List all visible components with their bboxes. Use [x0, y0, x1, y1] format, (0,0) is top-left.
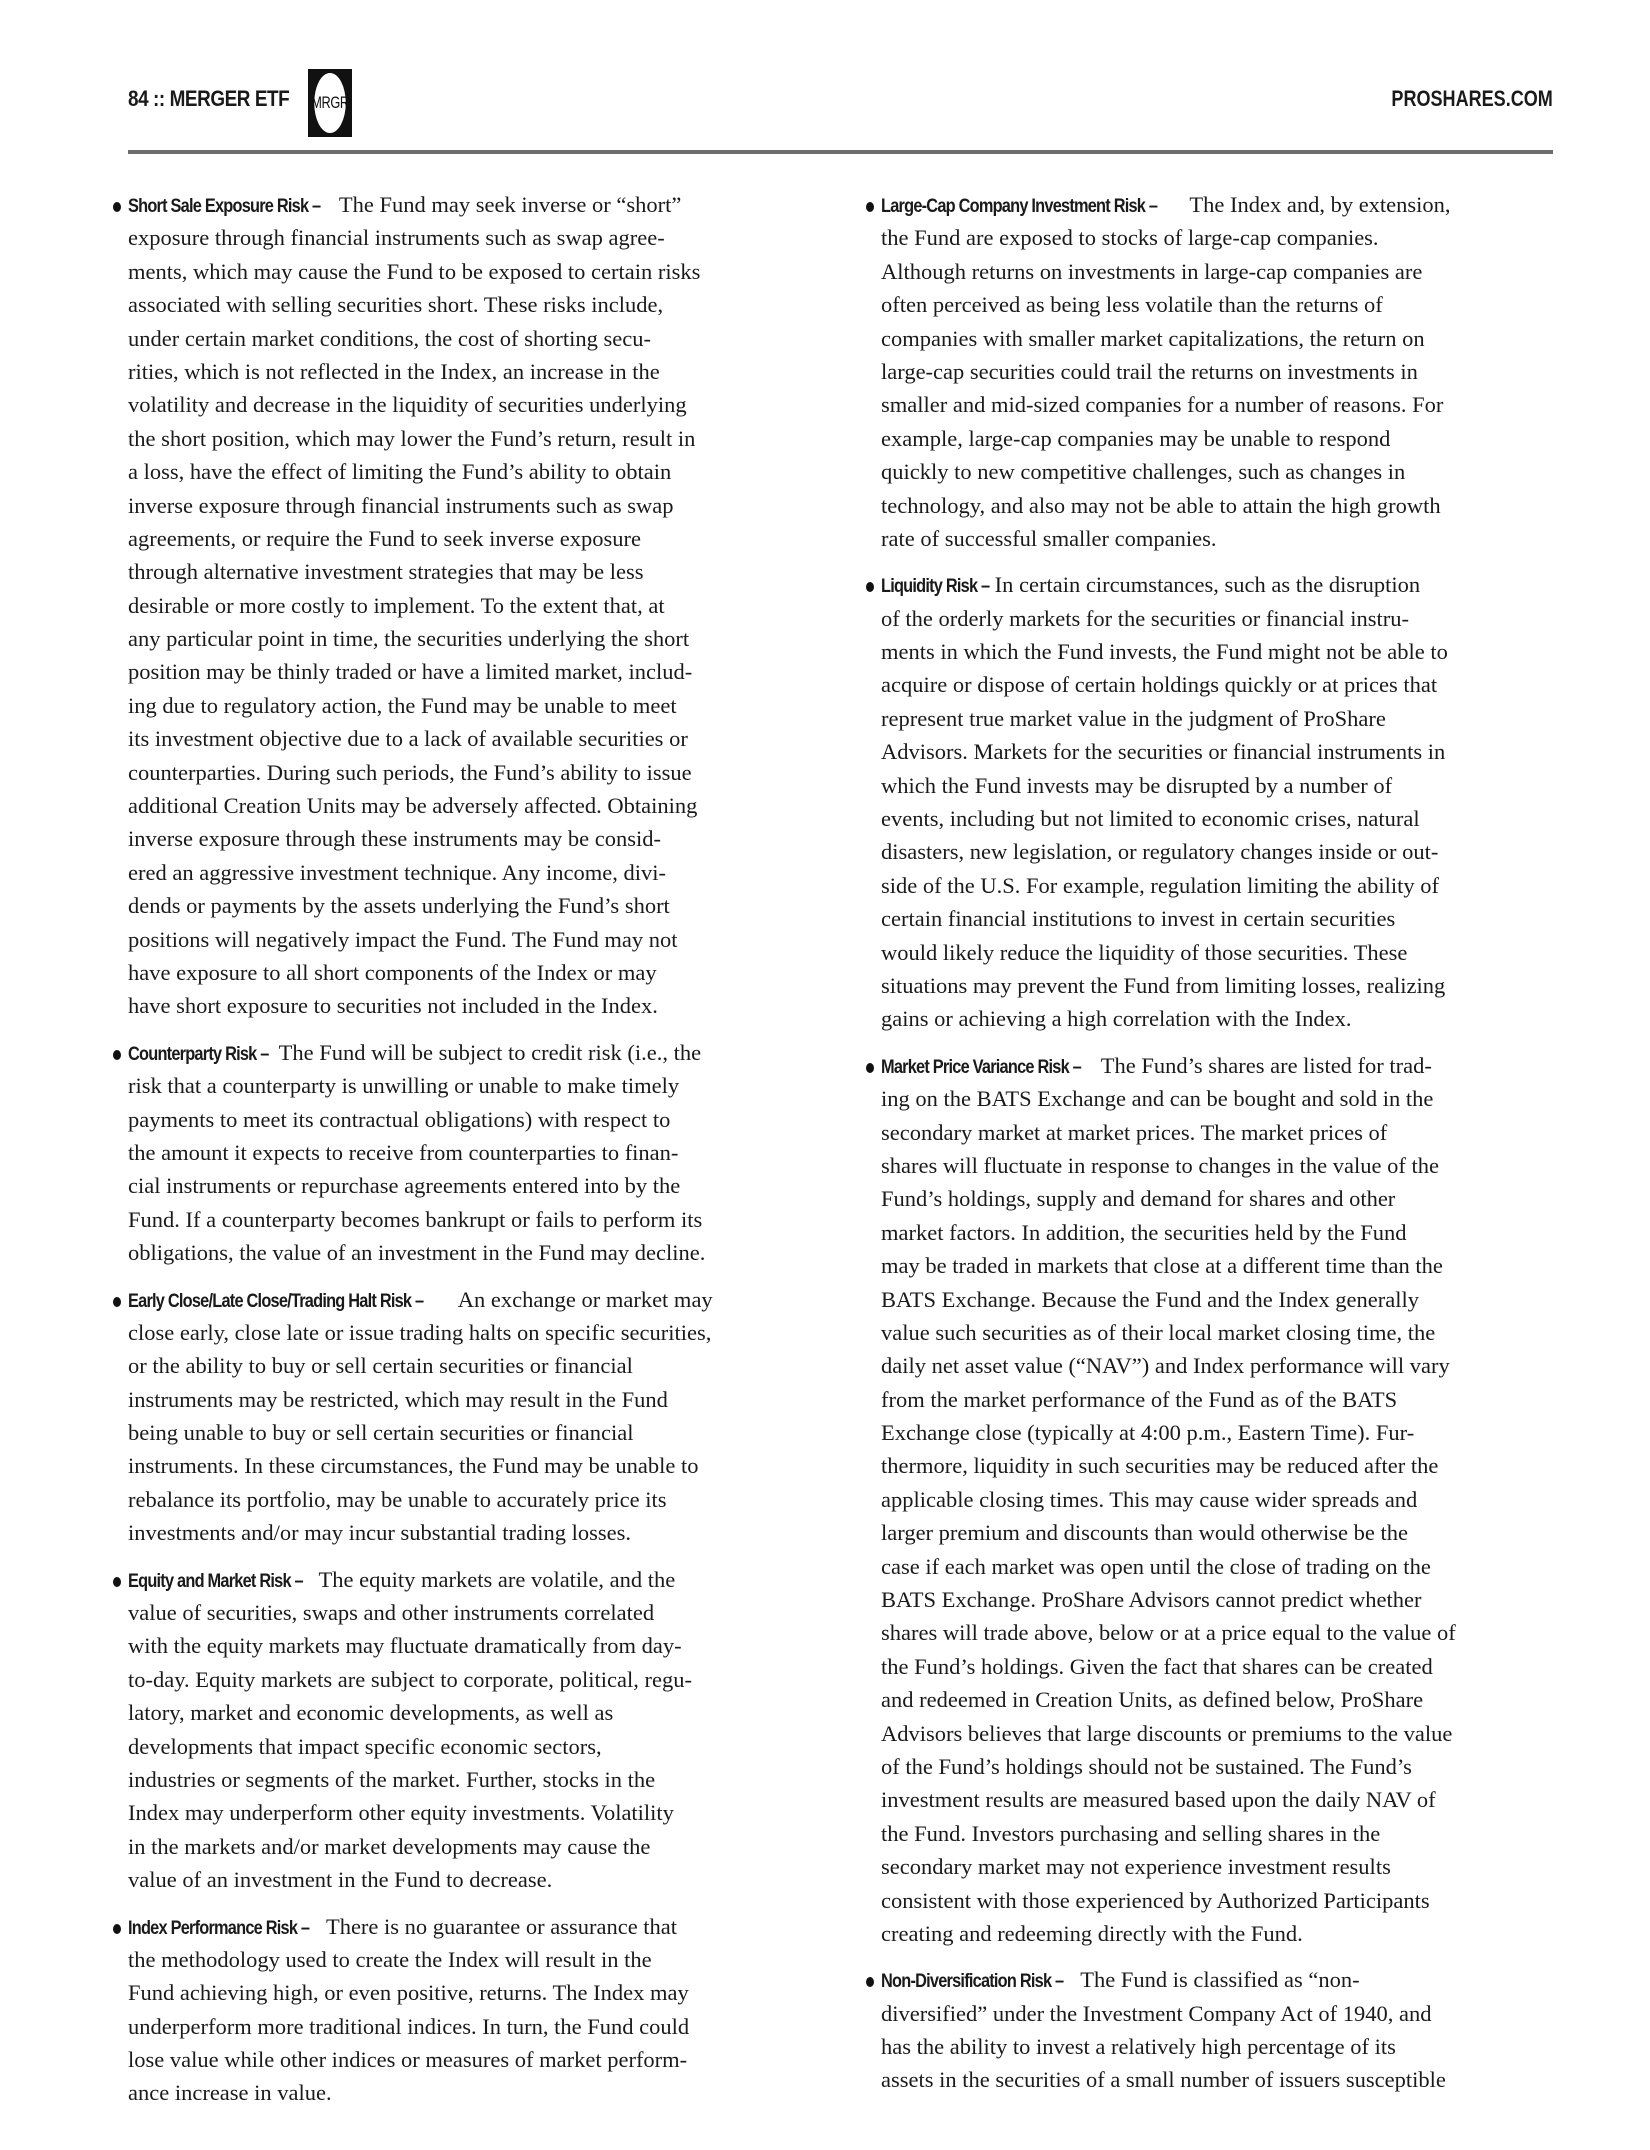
page-number-label: 84 :: MERGER ETF — [128, 86, 289, 112]
risk-text: the methodology used to create the Index… — [128, 1947, 652, 1972]
text-line: risk that a counterparty is unwilling or… — [128, 1069, 800, 1102]
text-line: has the ability to invest a relatively h… — [881, 2030, 1553, 2063]
left-column: Short Sale Exposure Risk – The Fund may … — [128, 188, 800, 2123]
text-line: large-cap securities could trail the ret… — [881, 355, 1553, 388]
text-line: larger premium and discounts than would … — [881, 1516, 1553, 1549]
text-line: smaller and mid-sized companies for a nu… — [881, 388, 1553, 421]
text-line: thermore, liquidity in such securities m… — [881, 1449, 1553, 1482]
site-link[interactable]: PROSHARES.COM — [1392, 86, 1553, 112]
risk-text: inverse exposure through these instrumen… — [128, 826, 661, 851]
text-line: represent true market value in the judgm… — [881, 702, 1553, 735]
text-line: the amount it expects to receive from co… — [128, 1136, 800, 1169]
text-line: inverse exposure through these instrumen… — [128, 822, 800, 855]
text-line: Early Close/Late Close/Trading Halt Risk… — [128, 1283, 800, 1316]
risk-text: a loss, have the effect of limiting the … — [128, 459, 671, 484]
risk-text: additional Creation Units may be adverse… — [128, 793, 697, 818]
risk-text: the Fund. Investors purchasing and selli… — [881, 1821, 1380, 1846]
text-line: Short Sale Exposure Risk – The Fund may … — [128, 188, 800, 221]
risk-text: instruments. In these circumstances, the… — [128, 1453, 699, 1478]
risk-text: would likely reduce the liquidity of tho… — [881, 940, 1407, 965]
bullet-icon — [113, 1924, 121, 1934]
text-line: value of securities, swaps and other ins… — [128, 1596, 800, 1629]
text-line: agreements, or require the Fund to seek … — [128, 522, 800, 555]
risk-text: companies with smaller market capitaliza… — [881, 326, 1425, 351]
risk-item-counterparty-risk: Counterparty Risk – The Fund will be sub… — [128, 1036, 800, 1270]
risk-text: its investment objective due to a lack o… — [128, 726, 688, 751]
risk-text: The Fund will be subject to credit risk … — [279, 1040, 701, 1065]
risk-text: consistent with those experienced by Aut… — [881, 1888, 1430, 1913]
text-line: have short exposure to securities not in… — [128, 989, 800, 1022]
risk-text: The Fund is classified as “non- — [1080, 1967, 1359, 1992]
risk-item-non-diversification-risk: Non-Diversification Risk – The Fund is c… — [881, 1963, 1553, 2097]
risk-text: of the Fund’s holdings should not be sus… — [881, 1754, 1412, 1779]
text-line: ing on the BATS Exchange and can be boug… — [881, 1082, 1553, 1115]
text-line: Fund achieving high, or even positive, r… — [128, 1976, 800, 2009]
text-line: Advisors. Markets for the securities or … — [881, 735, 1553, 768]
risk-text: obligations, the value of an investment … — [128, 1240, 705, 1265]
risk-text: The Index and, by extension, — [1189, 192, 1450, 217]
text-line: positions will negatively impact the Fun… — [128, 923, 800, 956]
text-line: desirable or more costly to implement. T… — [128, 589, 800, 622]
risk-text: larger premium and discounts than would … — [881, 1520, 1408, 1545]
text-line: certain financial institutions to invest… — [881, 902, 1553, 935]
risk-text: Although returns on investments in large… — [881, 259, 1422, 284]
text-line: under certain market conditions, the cos… — [128, 322, 800, 355]
text-line: position may be thinly traded or have a … — [128, 655, 800, 688]
risk-text: Exchange close (typically at 4:00 p.m., … — [881, 1420, 1414, 1445]
text-line: investment results are measured based up… — [881, 1783, 1553, 1816]
text-line: payments to meet its contractual obligat… — [128, 1103, 800, 1136]
risk-text: which the Fund invests may be disrupted … — [881, 773, 1392, 798]
risk-text: smaller and mid-sized companies for a nu… — [881, 392, 1443, 417]
page-header: 84 :: MERGER ETF MRGR PROSHARES.COM — [128, 76, 1553, 136]
text-line: or the ability to buy or sell certain se… — [128, 1349, 800, 1382]
text-line: Non-Diversification Risk – The Fund is c… — [881, 1963, 1553, 1996]
risk-text: In certain circumstances, such as the di… — [995, 572, 1421, 597]
risk-text: side of the U.S. For example, regulation… — [881, 873, 1439, 898]
risk-text: agreements, or require the Fund to seek … — [128, 526, 641, 551]
bullet-icon — [113, 1577, 121, 1587]
risk-title: Index Performance Risk – — [128, 1912, 309, 1945]
text-line: companies with smaller market capitaliza… — [881, 322, 1553, 355]
text-line: gains or achieving a high correlation wi… — [881, 1002, 1553, 1035]
text-line: disasters, new legislation, or regulator… — [881, 835, 1553, 868]
risk-text: secondary market at market prices. The m… — [881, 1120, 1387, 1145]
text-line: assets in the securities of a small numb… — [881, 2063, 1553, 2096]
text-line: Index Performance Risk – There is no gua… — [128, 1910, 800, 1943]
text-line: ments, which may cause the Fund to be ex… — [128, 255, 800, 288]
text-line: any particular point in time, the securi… — [128, 622, 800, 655]
text-line: creating and redeeming directly with the… — [881, 1917, 1553, 1950]
risk-text: to-day. Equity markets are subject to co… — [128, 1667, 692, 1692]
risk-text: often perceived as being less volatile t… — [881, 292, 1383, 317]
bullet-icon — [113, 202, 121, 212]
risk-text: There is no guarantee or assurance that — [326, 1914, 677, 1939]
risk-text: ments, which may cause the Fund to be ex… — [128, 259, 700, 284]
text-line: from the market performance of the Fund … — [881, 1383, 1553, 1416]
risk-text: have exposure to all short components of… — [128, 960, 657, 985]
risk-text: ing on the BATS Exchange and can be boug… — [881, 1086, 1433, 1111]
text-line: Liquidity Risk – In certain circumstance… — [881, 568, 1553, 601]
text-line: situations may prevent the Fund from lim… — [881, 969, 1553, 1002]
risk-text: large-cap securities could trail the ret… — [881, 359, 1418, 384]
risk-text: the Fund’s holdings. Given the fact that… — [881, 1654, 1433, 1679]
text-line: its investment objective due to a lack o… — [128, 722, 800, 755]
text-line: industries or segments of the market. Fu… — [128, 1763, 800, 1796]
text-line: volatility and decrease in the liquidity… — [128, 388, 800, 421]
risk-text: example, large-cap companies may be unab… — [881, 426, 1390, 451]
text-line: ments in which the Fund invests, the Fun… — [881, 635, 1553, 668]
risk-text: developments that impact specific econom… — [128, 1734, 602, 1759]
risk-text: or the ability to buy or sell certain se… — [128, 1353, 633, 1378]
text-line: being unable to buy or sell certain secu… — [128, 1416, 800, 1449]
risk-text: cial instruments or repurchase agreement… — [128, 1173, 680, 1198]
risk-text: investments and/or may incur substantial… — [128, 1520, 631, 1545]
right-column: Large-Cap Company Investment Risk – The … — [881, 188, 1553, 2110]
risk-text: rities, which is not reflected in the In… — [128, 359, 660, 384]
risk-text: ing due to regulatory action, the Fund m… — [128, 693, 677, 718]
risk-text: underperform more traditional indices. I… — [128, 2014, 689, 2039]
text-line: may be traded in markets that close at a… — [881, 1249, 1553, 1282]
text-line: underperform more traditional indices. I… — [128, 2010, 800, 2043]
risk-text: through alternative investment strategie… — [128, 559, 643, 584]
text-line: applicable closing times. This may cause… — [881, 1483, 1553, 1516]
risk-item-index-performance-risk: Index Performance Risk – There is no gua… — [128, 1910, 800, 2110]
risk-text: applicable closing times. This may cause… — [881, 1487, 1417, 1512]
text-line: case if each market was open until the c… — [881, 1550, 1553, 1583]
risk-text: volatility and decrease in the liquidity… — [128, 392, 687, 417]
text-line: instruments may be restricted, which may… — [128, 1383, 800, 1416]
text-line: Fund’s holdings, supply and demand for s… — [881, 1182, 1553, 1215]
risk-text: situations may prevent the Fund from lim… — [881, 973, 1445, 998]
risk-title: Short Sale Exposure Risk – — [128, 190, 320, 223]
bullet-icon — [113, 1050, 121, 1060]
text-line: Advisors believes that large discounts o… — [881, 1717, 1553, 1750]
risk-text: value of an investment in the Fund to de… — [128, 1867, 552, 1892]
text-line: lose value while other indices or measur… — [128, 2043, 800, 2076]
text-line: rate of successful smaller companies. — [881, 522, 1553, 555]
text-line: ing due to regulatory action, the Fund m… — [128, 689, 800, 722]
risk-text: being unable to buy or sell certain secu… — [128, 1420, 633, 1445]
risk-text: disasters, new legislation, or regulator… — [881, 839, 1438, 864]
text-line: of the orderly markets for the securitie… — [881, 602, 1553, 635]
text-line: have exposure to all short components of… — [128, 956, 800, 989]
text-line: additional Creation Units may be adverse… — [128, 789, 800, 822]
text-line: Large-Cap Company Investment Risk – The … — [881, 188, 1553, 221]
risk-text: diversified” under the Investment Compan… — [881, 2001, 1432, 2026]
text-line: ered an aggressive investment technique.… — [128, 856, 800, 889]
text-line: Counterparty Risk – The Fund will be sub… — [128, 1036, 800, 1069]
text-line: and redeemed in Creation Units, as defin… — [881, 1683, 1553, 1716]
risk-text: any particular point in time, the securi… — [128, 626, 689, 651]
risk-text: inverse exposure through financial instr… — [128, 493, 674, 518]
text-line: Equity and Market Risk – The equity mark… — [128, 1563, 800, 1596]
text-line: diversified” under the Investment Compan… — [881, 1997, 1553, 2030]
text-line: side of the U.S. For example, regulation… — [881, 869, 1553, 902]
text-line: developments that impact specific econom… — [128, 1730, 800, 1763]
risk-text: ments in which the Fund invests, the Fun… — [881, 639, 1448, 664]
risk-text: Fund achieving high, or even positive, r… — [128, 1980, 689, 2005]
text-line: BATS Exchange. ProShare Advisors cannot … — [881, 1583, 1553, 1616]
text-line: ance increase in value. — [128, 2076, 800, 2109]
text-line: value of an investment in the Fund to de… — [128, 1863, 800, 1896]
risk-text: the Fund are exposed to stocks of large-… — [881, 225, 1379, 250]
text-line: of the Fund’s holdings should not be sus… — [881, 1750, 1553, 1783]
risk-text: rebalance its portfolio, may be unable t… — [128, 1487, 667, 1512]
text-line: Exchange close (typically at 4:00 p.m., … — [881, 1416, 1553, 1449]
risk-text: gains or achieving a high correlation wi… — [881, 1006, 1351, 1031]
risk-item-liquidity-risk: Liquidity Risk – In certain circumstance… — [881, 568, 1553, 1035]
risk-text: under certain market conditions, the cos… — [128, 326, 651, 351]
risk-title: Early Close/Late Close/Trading Halt Risk… — [128, 1285, 423, 1318]
risk-text: The equity markets are volatile, and the — [319, 1567, 676, 1592]
risk-text: creating and redeeming directly with the… — [881, 1921, 1303, 1946]
text-line: technology, and also may not be able to … — [881, 489, 1553, 522]
text-line: BATS Exchange. Because the Fund and the … — [881, 1283, 1553, 1316]
risk-text: has the ability to invest a relatively h… — [881, 2034, 1396, 2059]
text-line: rebalance its portfolio, may be unable t… — [128, 1483, 800, 1516]
risk-text: ered an aggressive investment technique.… — [128, 860, 666, 885]
risk-text: latory, market and economic developments… — [128, 1700, 613, 1725]
risk-item-short-sale-exposure-risk: Short Sale Exposure Risk – The Fund may … — [128, 188, 800, 1023]
risk-text: counterparties. During such periods, the… — [128, 760, 692, 785]
risk-title: Counterparty Risk – — [128, 1038, 269, 1071]
ticker-badge-text: MRGR — [314, 73, 346, 133]
risk-text: Advisors. Markets for the securities or … — [881, 739, 1445, 764]
text-line: Market Price Variance Risk – The Fund’s … — [881, 1049, 1553, 1082]
risk-text: have short exposure to securities not in… — [128, 993, 658, 1018]
risk-text: payments to meet its contractual obligat… — [128, 1107, 670, 1132]
risk-text: the short position, which may lower the … — [128, 426, 695, 451]
text-line: exposure through financial instruments s… — [128, 221, 800, 254]
text-line: shares will trade above, below or at a p… — [881, 1616, 1553, 1649]
risk-text: acquire or dispose of certain holdings q… — [881, 672, 1437, 697]
risk-text: in the markets and/or market development… — [128, 1834, 650, 1859]
bullet-icon — [866, 1977, 874, 1987]
bullet-icon — [866, 202, 874, 212]
text-line: Fund. If a counterparty becomes bankrupt… — [128, 1203, 800, 1236]
text-line: obligations, the value of an investment … — [128, 1236, 800, 1269]
text-line: the Fund are exposed to stocks of large-… — [881, 221, 1553, 254]
text-line: cial instruments or repurchase agreement… — [128, 1169, 800, 1202]
risk-text: and redeemed in Creation Units, as defin… — [881, 1687, 1423, 1712]
risk-title: Equity and Market Risk – — [128, 1565, 303, 1598]
risk-text: daily net asset value (“NAV”) and Index … — [881, 1353, 1450, 1378]
text-line: counterparties. During such periods, the… — [128, 756, 800, 789]
risk-text: Fund’s holdings, supply and demand for s… — [881, 1186, 1395, 1211]
text-line: daily net asset value (“NAV”) and Index … — [881, 1349, 1553, 1382]
risk-text: represent true market value in the judgm… — [881, 706, 1386, 731]
risk-text: value of securities, swaps and other ins… — [128, 1600, 654, 1625]
risk-text: technology, and also may not be able to … — [881, 493, 1441, 518]
risk-text: from the market performance of the Fund … — [881, 1387, 1397, 1412]
text-line: rities, which is not reflected in the In… — [128, 355, 800, 388]
text-line: Although returns on investments in large… — [881, 255, 1553, 288]
text-line: market factors. In addition, the securit… — [881, 1216, 1553, 1249]
text-line: to-day. Equity markets are subject to co… — [128, 1663, 800, 1696]
risk-text: thermore, liquidity in such securities m… — [881, 1453, 1438, 1478]
risk-text: case if each market was open until the c… — [881, 1554, 1431, 1579]
risk-text: rate of successful smaller companies. — [881, 526, 1217, 551]
text-line: dends or payments by the assets underlyi… — [128, 889, 800, 922]
text-line: a loss, have the effect of limiting the … — [128, 455, 800, 488]
bullet-icon — [113, 1297, 121, 1307]
text-line: investments and/or may incur substantial… — [128, 1516, 800, 1549]
risk-title: Non-Diversification Risk – — [881, 1965, 1063, 1998]
text-line: which the Fund invests may be disrupted … — [881, 769, 1553, 802]
risk-text: desirable or more costly to implement. T… — [128, 593, 665, 618]
risk-item-early-close-late-close-trading-halt-risk: Early Close/Late Close/Trading Halt Risk… — [128, 1283, 800, 1550]
text-line: would likely reduce the liquidity of tho… — [881, 936, 1553, 969]
bullet-icon — [866, 582, 874, 592]
risk-text: investment results are measured based up… — [881, 1787, 1436, 1812]
risk-text: Index may underperform other equity inve… — [128, 1800, 674, 1825]
text-line: the Fund’s holdings. Given the fact that… — [881, 1650, 1553, 1683]
risk-text: market factors. In addition, the securit… — [881, 1220, 1407, 1245]
risk-text: shares will trade above, below or at a p… — [881, 1620, 1456, 1645]
risk-text: positions will negatively impact the Fun… — [128, 927, 678, 952]
risk-text: industries or segments of the market. Fu… — [128, 1767, 655, 1792]
risk-text: lose value while other indices or measur… — [128, 2047, 687, 2072]
risk-text: secondary market may not experience inve… — [881, 1854, 1391, 1879]
text-line: example, large-cap companies may be unab… — [881, 422, 1553, 455]
bullet-icon — [866, 1063, 874, 1073]
risk-text: The Fund’s shares are listed for trad- — [1101, 1053, 1432, 1078]
text-line: the Fund. Investors purchasing and selli… — [881, 1817, 1553, 1850]
risk-title: Liquidity Risk – — [881, 570, 989, 603]
text-line: inverse exposure through financial instr… — [128, 489, 800, 522]
risk-text: quickly to new competitive challenges, s… — [881, 459, 1405, 484]
text-line: secondary market may not experience inve… — [881, 1850, 1553, 1883]
text-line: close early, close late or issue trading… — [128, 1316, 800, 1349]
text-line: the methodology used to create the Index… — [128, 1943, 800, 1976]
risk-item-market-price-variance-risk: Market Price Variance Risk – The Fund’s … — [881, 1049, 1553, 1951]
risk-title: Large-Cap Company Investment Risk – — [881, 190, 1157, 223]
risk-text: instruments may be restricted, which may… — [128, 1387, 668, 1412]
text-line: in the markets and/or market development… — [128, 1830, 800, 1863]
risk-text: the amount it expects to receive from co… — [128, 1140, 678, 1165]
risk-text: certain financial institutions to invest… — [881, 906, 1395, 931]
risk-text: assets in the securities of a small numb… — [881, 2067, 1446, 2092]
risk-text: An exchange or market may — [458, 1287, 713, 1312]
text-line: instruments. In these circumstances, the… — [128, 1449, 800, 1482]
risk-text: The Fund may seek inverse or “short” — [339, 192, 681, 217]
risk-item-equity-and-market-risk: Equity and Market Risk – The equity mark… — [128, 1563, 800, 1897]
risk-text: may be traded in markets that close at a… — [881, 1253, 1443, 1278]
header-divider — [128, 150, 1553, 154]
text-line: latory, market and economic developments… — [128, 1696, 800, 1729]
text-line: with the equity markets may fluctuate dr… — [128, 1629, 800, 1662]
text-line: associated with selling securities short… — [128, 288, 800, 321]
risk-item-large-cap-company-investment-risk: Large-Cap Company Investment Risk – The … — [881, 188, 1553, 555]
risk-text: Advisors believes that large discounts o… — [881, 1721, 1452, 1746]
risk-text: value such securities as of their local … — [881, 1320, 1435, 1345]
risk-text: shares will fluctuate in response to cha… — [881, 1153, 1439, 1178]
risk-text: ance increase in value. — [128, 2080, 332, 2105]
text-line: often perceived as being less volatile t… — [881, 288, 1553, 321]
text-line: consistent with those experienced by Aut… — [881, 1884, 1553, 1917]
risk-text: BATS Exchange. ProShare Advisors cannot … — [881, 1587, 1422, 1612]
text-line: quickly to new competitive challenges, s… — [881, 455, 1553, 488]
text-line: secondary market at market prices. The m… — [881, 1116, 1553, 1149]
text-line: acquire or dispose of certain holdings q… — [881, 668, 1553, 701]
risk-text: dends or payments by the assets underlyi… — [128, 893, 670, 918]
risk-text: events, including but not limited to eco… — [881, 806, 1420, 831]
text-line: Index may underperform other equity inve… — [128, 1796, 800, 1829]
text-line: the short position, which may lower the … — [128, 422, 800, 455]
risk-text: position may be thinly traded or have a … — [128, 659, 692, 684]
risk-text: close early, close late or issue trading… — [128, 1320, 711, 1345]
text-line: through alternative investment strategie… — [128, 555, 800, 588]
risk-text: with the equity markets may fluctuate dr… — [128, 1633, 682, 1658]
risk-text: exposure through financial instruments s… — [128, 225, 665, 250]
ticker-badge: MRGR — [308, 69, 352, 137]
risk-text: of the orderly markets for the securitie… — [881, 606, 1409, 631]
risk-text: BATS Exchange. Because the Fund and the … — [881, 1287, 1419, 1312]
risk-title: Market Price Variance Risk – — [881, 1051, 1081, 1084]
risk-text: associated with selling securities short… — [128, 292, 663, 317]
risk-text: risk that a counterparty is unwilling or… — [128, 1073, 679, 1098]
text-line: shares will fluctuate in response to cha… — [881, 1149, 1553, 1182]
text-line: value such securities as of their local … — [881, 1316, 1553, 1349]
risk-text: Fund. If a counterparty becomes bankrupt… — [128, 1207, 702, 1232]
text-line: events, including but not limited to eco… — [881, 802, 1553, 835]
